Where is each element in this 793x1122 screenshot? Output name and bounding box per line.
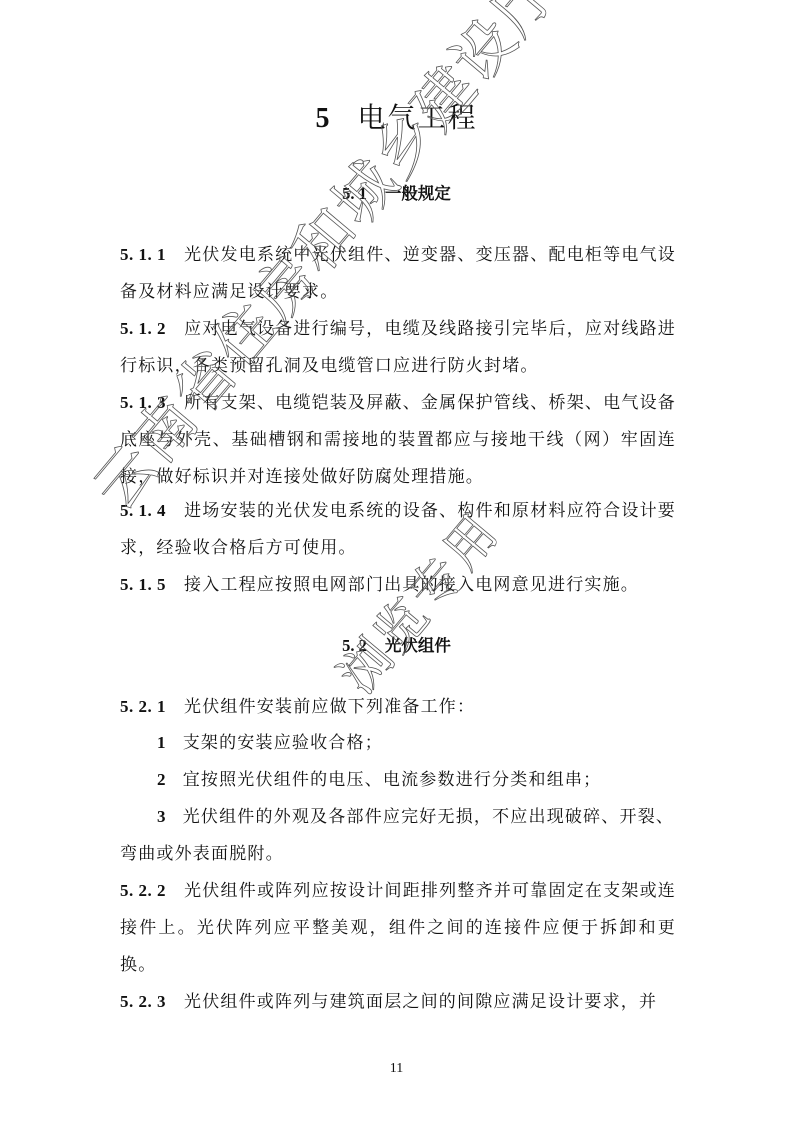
- clause-text: 光伏组件或阵列与建筑面层之间的间隙应满足设计要求，并: [184, 992, 657, 1012]
- clause-text: 光伏组件安装前应做下列准备工作：: [184, 697, 475, 717]
- section-title-text: 一般规定: [385, 184, 451, 203]
- item-text: 支架的安装应验收合格；: [183, 733, 383, 753]
- list-item-2: 2宜按照光伏组件的电压、电流参数进行分类和组串；: [157, 761, 676, 799]
- clause-text: 光伏组件或阵列应按设计间距排列整齐并可靠固定在支架或连接件上。光伏阵列应平整美观…: [120, 881, 676, 975]
- clause-text: 光伏发电系统中光伏组件、逆变器、变压器、配电柜等电气设备及材料应满足设计要求。: [120, 245, 676, 302]
- clause-number: 5. 1. 3: [120, 393, 166, 412]
- clause-number: 5. 2. 3: [120, 992, 166, 1011]
- section-number: 5. 2: [342, 636, 367, 655]
- clause-number: 5. 1. 2: [120, 319, 166, 338]
- item-number: 3: [157, 807, 167, 826]
- clause-number: 5. 2. 1: [120, 697, 166, 716]
- item-number: 2: [157, 770, 167, 789]
- clause-text: 所有支架、电缆铠装及屏蔽、金属保护管线、桥架、电气设备底座与外壳、基础槽钢和需接…: [120, 393, 676, 487]
- section-number: 5. 1: [342, 184, 367, 203]
- chapter-title-text: 电气工程: [357, 101, 477, 134]
- clause-text: 接入工程应按照电网部门出具的接入电网意见进行实施。: [184, 575, 639, 595]
- clause-text: 应对电气设备进行编号，电缆及线路接引完毕后，应对线路进行标识，各类预留孔洞及电缆…: [120, 319, 676, 376]
- clause-number: 5. 1. 4: [120, 501, 166, 520]
- clause-number: 5. 1. 5: [120, 575, 166, 594]
- chapter-title: 5电气工程: [0, 96, 793, 136]
- clause-5-2-1: 5. 2. 1光伏组件安装前应做下列准备工作：: [120, 688, 676, 726]
- list-item-3: 3光伏组件的外观及各部件应完好无损，不应出现破碎、开裂、弯曲或外表面脱附。: [120, 798, 676, 873]
- item-text: 光伏组件的外观及各部件应完好无损，不应出现破碎、开裂、弯曲或外表面脱附。: [120, 807, 674, 864]
- section-title-text: 光伏组件: [385, 636, 451, 655]
- chapter-number: 5: [315, 103, 331, 134]
- document-page: 5电气工程 5. 1一般规定 5. 1. 1光伏发电系统中光伏组件、逆变器、变压…: [0, 0, 793, 1122]
- clause-5-1-2: 5. 1. 2应对电气设备进行编号，电缆及线路接引完毕后，应对线路进行标识，各类…: [120, 310, 676, 385]
- clause-5-2-3: 5. 2. 3光伏组件或阵列与建筑面层之间的间隙应满足设计要求，并: [120, 983, 676, 1021]
- page-number: 11: [0, 1061, 793, 1077]
- clause-number: 5. 2. 2: [120, 881, 166, 900]
- section-title-5-1: 5. 1一般规定: [0, 180, 793, 204]
- section-title-5-2: 5. 2光伏组件: [0, 632, 793, 656]
- clause-5-1-1: 5. 1. 1光伏发电系统中光伏组件、逆变器、变压器、配电柜等电气设备及材料应满…: [120, 236, 676, 311]
- list-item-1: 1支架的安装应验收合格；: [157, 724, 676, 762]
- clause-text: 进场安装的光伏发电系统的设备、构件和原材料应符合设计要求，经验收合格后方可使用。: [120, 501, 676, 558]
- item-text: 宜按照光伏组件的电压、电流参数进行分类和组串；: [183, 770, 602, 790]
- clause-5-1-4: 5. 1. 4进场安装的光伏发电系统的设备、构件和原材料应符合设计要求，经验收合…: [120, 492, 676, 567]
- clause-5-2-2: 5. 2. 2光伏组件或阵列应按设计间距排列整齐并可靠固定在支架或连接件上。光伏…: [120, 872, 676, 984]
- item-number: 1: [157, 733, 167, 752]
- clause-number: 5. 1. 1: [120, 245, 166, 264]
- clause-5-1-3: 5. 1. 3所有支架、电缆铠装及屏蔽、金属保护管线、桥架、电气设备底座与外壳、…: [120, 384, 676, 496]
- clause-5-1-5: 5. 1. 5接入工程应按照电网部门出具的接入电网意见进行实施。: [120, 566, 676, 604]
